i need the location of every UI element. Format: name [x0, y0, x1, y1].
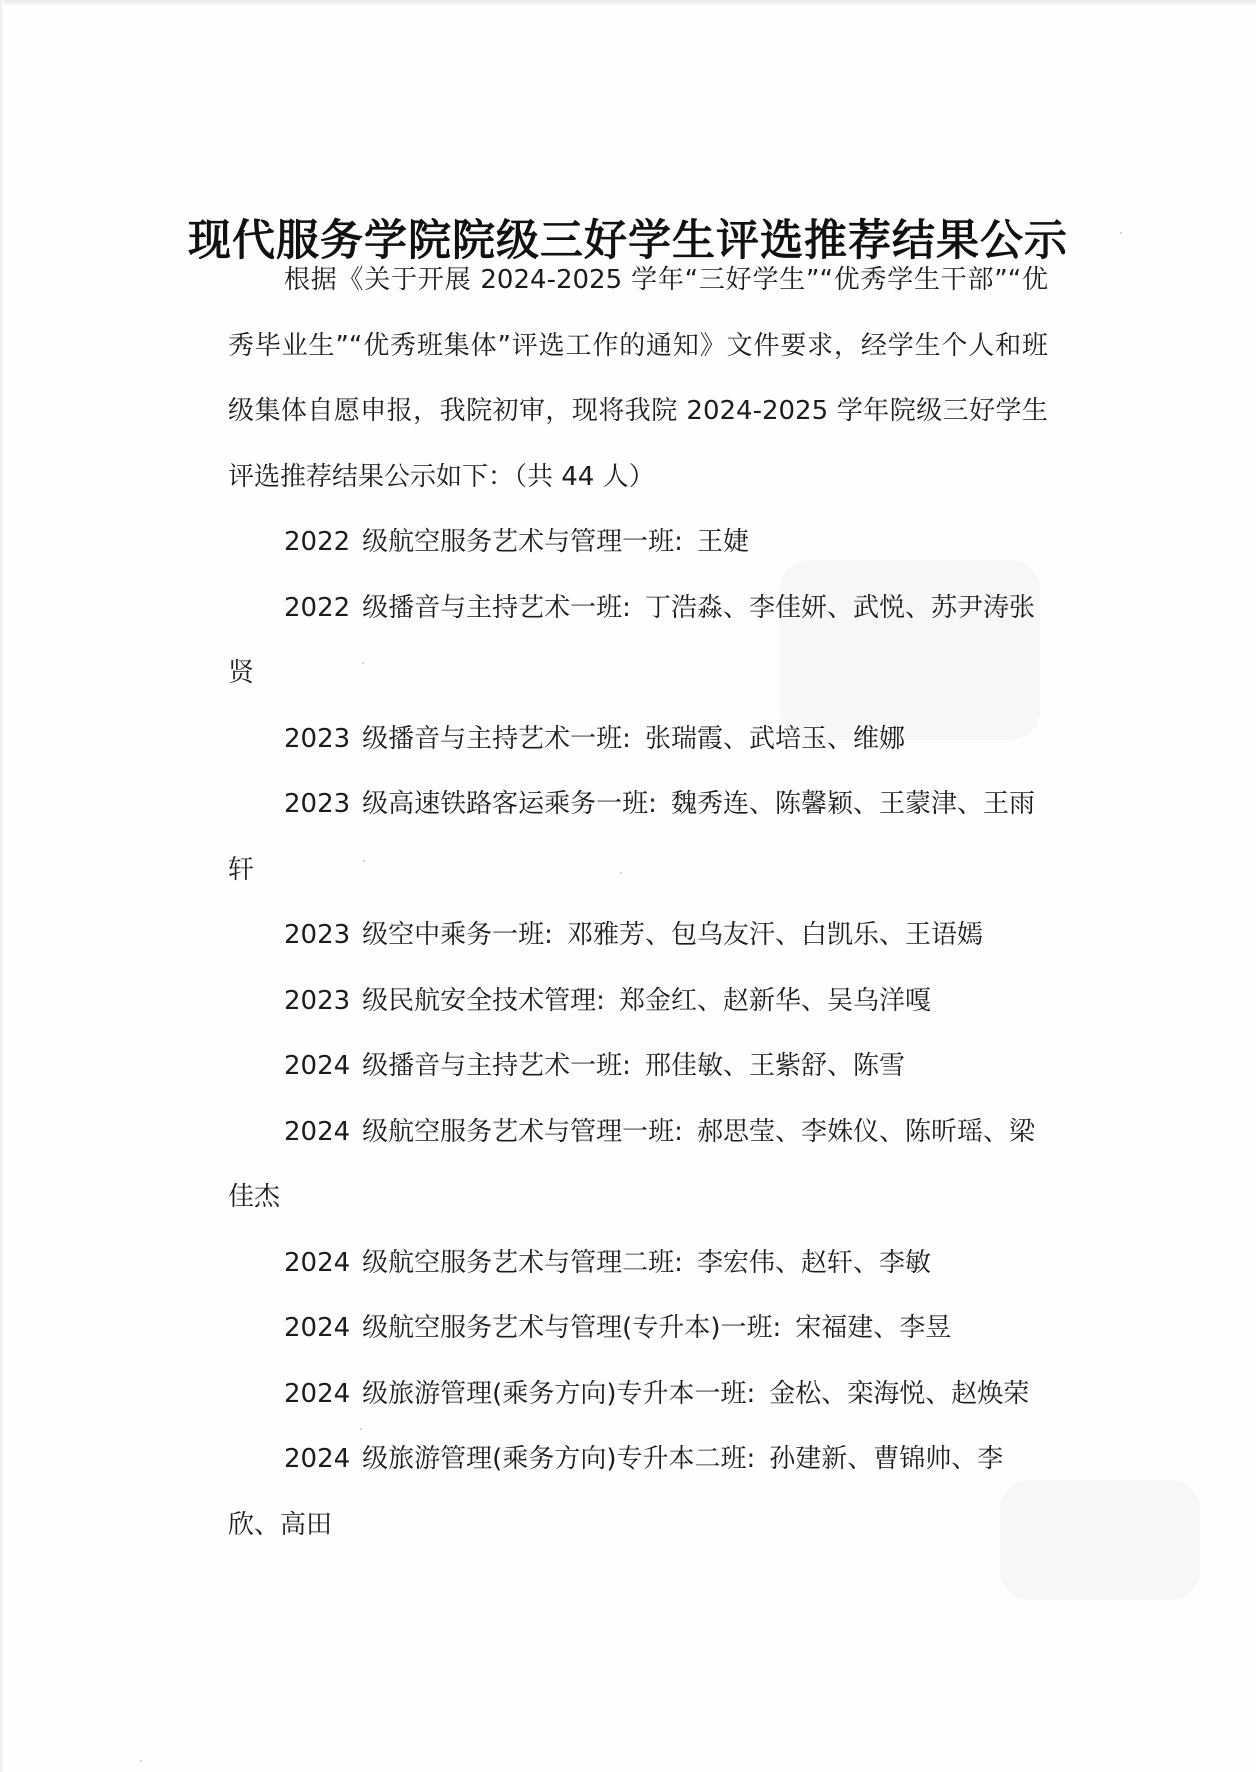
- class-entry: 2024级旅游管理(乘务方向)专升本二班:孙建新、曹锦帅、李欣、高田: [228, 1427, 1048, 1558]
- entry-class: 级播音与主持艺术一班:: [362, 593, 631, 623]
- entry-class: 级航空服务艺术与管理一班:: [362, 527, 683, 557]
- entry-class: 级空中乘务一班:: [362, 920, 553, 950]
- class-entry: 2024级旅游管理(乘务方向)专升本一班:金松、栾海悦、赵焕荣: [228, 1362, 1048, 1428]
- entry-names: 郑金红、赵新华、吴乌洋嘎: [619, 986, 931, 1016]
- entry-year: 2024: [284, 1444, 350, 1474]
- class-entry: 2023级高速铁路客运乘务一班:魏秀连、陈馨颖、王蒙津、王雨轩: [228, 772, 1048, 903]
- intro-paragraph: 根据《关于开展 2024-2025 学年“三好学生”“优秀学生干部”“优秀毕业生…: [228, 248, 1048, 510]
- class-entry: 2022级播音与主持艺术一班:丁浩淼、李佳妍、武悦、苏尹涛张贤: [228, 576, 1048, 707]
- scan-speck: [140, 1760, 142, 1762]
- entry-class: 级播音与主持艺术一班:: [362, 724, 631, 754]
- entry-year: 2023: [284, 920, 350, 950]
- entry-year: 2024: [284, 1248, 350, 1278]
- entry-names: 邢佳敏、王紫舒、陈雪: [645, 1051, 905, 1081]
- class-entry: 2024级航空服务艺术与管理一班:郝思莹、李姝仪、陈昕瑶、梁佳杰: [228, 1100, 1048, 1231]
- entry-class: 级播音与主持艺术一班:: [362, 1051, 631, 1081]
- entry-names: 金松、栾海悦、赵焕荣: [769, 1379, 1029, 1409]
- class-entry: 2024级播音与主持艺术一班:邢佳敏、王紫舒、陈雪: [228, 1034, 1048, 1100]
- entry-year: 2023: [284, 724, 350, 754]
- entry-names: 宋福建、李昱: [795, 1313, 951, 1343]
- class-entry: 2023级播音与主持艺术一班:张瑞霞、武培玉、维娜: [228, 707, 1048, 773]
- entry-class: 级航空服务艺术与管理二班:: [362, 1248, 683, 1278]
- page-edge: [0, 0, 1256, 6]
- entry-names: 张瑞霞、武培玉、维娜: [645, 724, 905, 754]
- entry-names: 王婕: [697, 527, 749, 557]
- entry-year: 2024: [284, 1379, 350, 1409]
- entry-year: 2023: [284, 986, 350, 1016]
- entry-class: 级航空服务艺术与管理(专升本)一班:: [362, 1313, 781, 1343]
- entry-year: 2024: [284, 1051, 350, 1081]
- entry-names: 邓雅芳、包乌友汗、白凯乐、王语嫣: [567, 920, 983, 950]
- entry-year: 2024: [284, 1313, 350, 1343]
- entry-year: 2022: [284, 593, 350, 623]
- entry-year: 2024: [284, 1117, 350, 1147]
- class-entry: 2024级航空服务艺术与管理二班:李宏伟、赵轩、李敏: [228, 1231, 1048, 1297]
- entry-class: 级旅游管理(乘务方向)专升本一班:: [362, 1379, 755, 1409]
- entry-class: 级旅游管理(乘务方向)专升本二班:: [362, 1444, 755, 1474]
- class-entry: 2023级民航安全技术管理:郑金红、赵新华、吴乌洋嘎: [228, 969, 1048, 1035]
- entry-names: 李宏伟、赵轩、李敏: [697, 1248, 931, 1278]
- document-page: 现代服务学院院级三好学生评选推荐结果公示 根据《关于开展 2024-2025 学…: [0, 0, 1256, 1772]
- class-entry: 2024级航空服务艺术与管理(专升本)一班:宋福建、李昱: [228, 1296, 1048, 1362]
- entry-class: 级高速铁路客运乘务一班:: [362, 789, 657, 819]
- entry-class: 级民航安全技术管理:: [362, 986, 605, 1016]
- document-body: 根据《关于开展 2024-2025 学年“三好学生”“优秀学生干部”“优秀毕业生…: [228, 248, 1048, 1558]
- class-entry: 2022级航空服务艺术与管理一班:王婕: [228, 510, 1048, 576]
- entry-class: 级航空服务艺术与管理一班:: [362, 1117, 683, 1147]
- entry-year: 2022: [284, 527, 350, 557]
- class-entry: 2023级空中乘务一班:邓雅芳、包乌友汗、白凯乐、王语嫣: [228, 903, 1048, 969]
- entry-year: 2023: [284, 789, 350, 819]
